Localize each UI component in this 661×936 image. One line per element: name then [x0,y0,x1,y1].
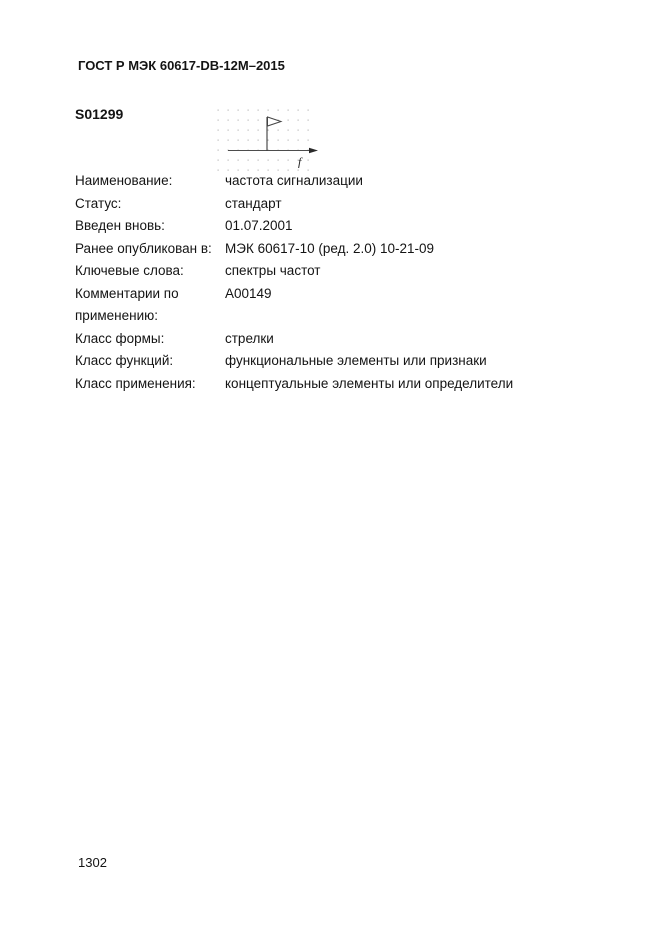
table-row: Комментарии по применению: A00149 [75,283,595,328]
property-value: частота сигнализации [225,170,595,193]
table-row: Введен вновь: 01.07.2001 [75,215,595,238]
property-value: спектры частот [225,260,595,283]
table-row: Наименование: частота сигнализации [75,170,595,193]
document-page: ГОСТ Р МЭК 60617-DB-12M–2015 S01299 f На… [0,0,661,936]
table-row: Класс формы: стрелки [75,328,595,351]
property-value: функциональные элементы или признаки [225,350,595,373]
document-title: ГОСТ Р МЭК 60617-DB-12M–2015 [78,58,285,74]
property-value: концептуальные элементы или определители [225,373,595,396]
table-row: Статус: стандарт [75,193,595,216]
property-value: A00149 [225,283,595,306]
property-value: МЭК 60617-10 (ред. 2.0) 10-21-09 [225,238,595,261]
symbol-id: S01299 [75,106,123,123]
property-label: Ранее опубликован в: [75,238,225,261]
table-row: Класс функций: функциональные элементы и… [75,350,595,373]
property-label: Комментарии по применению: [75,283,225,328]
property-label: Наименование: [75,170,225,193]
property-value: 01.07.2001 [225,215,595,238]
table-row: Ключевые слова: спектры частот [75,260,595,283]
property-label: Класс формы: [75,328,225,351]
property-label: Класс функций: [75,350,225,373]
arrowhead-icon [309,148,318,154]
property-value: стрелки [225,328,595,351]
property-label: Класс применения: [75,373,225,396]
property-value: стандарт [225,193,595,216]
property-label: Введен вновь: [75,215,225,238]
page-number: 1302 [78,855,107,871]
property-label: Статус: [75,193,225,216]
properties-table: Наименование: частота сигнализации Стату… [75,170,595,395]
table-row: Ранее опубликован в: МЭК 60617-10 (ред. … [75,238,595,261]
frequency-symbol-figure: f [215,107,325,173]
table-row: Класс применения: концептуальные элемент… [75,373,595,396]
property-label: Ключевые слова: [75,260,225,283]
